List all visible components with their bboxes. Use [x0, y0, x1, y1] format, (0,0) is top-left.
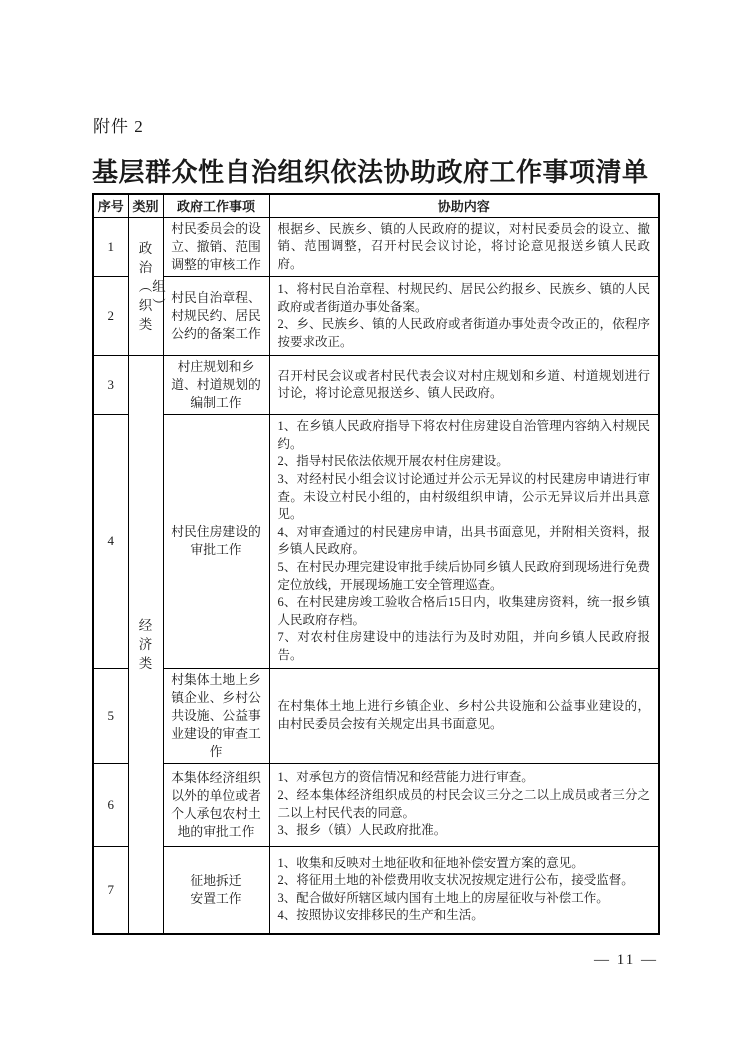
table-row: 1 政治︵组织︶类 村民委员会的设立、撤销、范围调整的审核工作 根据乡、民族乡、…	[93, 217, 659, 277]
cell-serial-number: 2	[93, 277, 128, 356]
cell-serial-number: 6	[93, 763, 128, 846]
cell-assistance-content: 1、收集和反映对土地征收和征地补偿安置方案的意见。 2、将征用土地的补偿费用收支…	[269, 846, 659, 934]
table-row: 5 村集体土地上乡镇企业、乡村公共设施、公益事业建设的审查工作 在村集体土地上进…	[93, 668, 659, 763]
work-items-table: 序号 类别 政府工作事项 协助内容 1 政治︵组织︶类 村民委员会的设立、撤销、…	[92, 193, 660, 935]
cell-work-item: 村民自治章程、村规民约、居民公约的备案工作	[163, 277, 269, 356]
cell-serial-number: 7	[93, 846, 128, 934]
cell-work-item: 村民委员会的设立、撤销、范围调整的审核工作	[163, 217, 269, 277]
table-row: 4 村民住房建设的审批工作 1、在乡镇人民政府指导下将农村住房建设自治管理内容纳…	[93, 415, 659, 668]
cell-serial-number: 5	[93, 668, 128, 763]
cell-assistance-content: 召开村民会议或者村民代表会议对村庄规划和乡道、村道规划进行讨论，将讨论意见报送乡…	[269, 356, 659, 415]
cell-work-item: 征地拆迁 安置工作	[163, 846, 269, 934]
header-category: 类别	[128, 194, 163, 217]
cell-assistance-content: 在村集体土地上进行乡镇企业、乡村公共设施和公益事业建设的，由村民委员会按有关规定…	[269, 668, 659, 763]
page-number: — 11 —	[92, 952, 658, 969]
category-cell-economy: 经济类	[128, 356, 163, 934]
header-serial-number: 序号	[93, 194, 128, 217]
category-politics-label: 政治︵组织︶类	[139, 239, 153, 334]
cell-work-item: 村庄规划和乡道、村道规划的编制工作	[163, 356, 269, 415]
cell-work-item: 村民住房建设的审批工作	[163, 415, 269, 668]
document-page: 附件 2 基层群众性自治组织依法协助政府工作事项清单 序号 类别 政府工作事项 …	[0, 0, 750, 1061]
cell-work-item: 本集体经济组织以外的单位或者个人承包农村土地的审批工作	[163, 763, 269, 846]
table-row: 6 本集体经济组织以外的单位或者个人承包农村土地的审批工作 1、对承包方的资信情…	[93, 763, 659, 846]
header-assistance-content: 协助内容	[269, 194, 659, 217]
table-row: 7 征地拆迁 安置工作 1、收集和反映对土地征收和征地补偿安置方案的意见。 2、…	[93, 846, 659, 934]
header-government-work-item: 政府工作事项	[163, 194, 269, 217]
table-header-row: 序号 类别 政府工作事项 协助内容	[93, 194, 659, 217]
cell-assistance-content: 1、将村民自治章程、村规民约、居民公约报乡、民族乡、镇的人民政府或者街道办事处备…	[269, 277, 659, 356]
page-title: 基层群众性自治组织依法协助政府工作事项清单	[92, 152, 658, 189]
category-economy-label: 经济类	[139, 616, 153, 673]
cell-assistance-content: 1、对承包方的资信情况和经营能力进行审查。 2、经本集体经济组织成员的村民会议三…	[269, 763, 659, 846]
cell-assistance-content: 根据乡、民族乡、镇的人民政府的提议，对村民委员会的设立、撤销、范围调整，召开村民…	[269, 217, 659, 277]
category-cell-politics: 政治︵组织︶类	[128, 217, 163, 356]
table-row: 2 村民自治章程、村规民约、居民公约的备案工作 1、将村民自治章程、村规民约、居…	[93, 277, 659, 356]
attachment-label: 附件 2	[93, 112, 144, 137]
cell-serial-number: 1	[93, 217, 128, 277]
cell-serial-number: 4	[93, 415, 128, 668]
table-row: 3 经济类 村庄规划和乡道、村道规划的编制工作 召开村民会议或者村民代表会议对村…	[93, 356, 659, 415]
cell-assistance-content: 1、在乡镇人民政府指导下将农村住房建设自治管理内容纳入村规民约。 2、指导村民依…	[269, 415, 659, 668]
cell-work-item: 村集体土地上乡镇企业、乡村公共设施、公益事业建设的审查工作	[163, 668, 269, 763]
cell-serial-number: 3	[93, 356, 128, 415]
